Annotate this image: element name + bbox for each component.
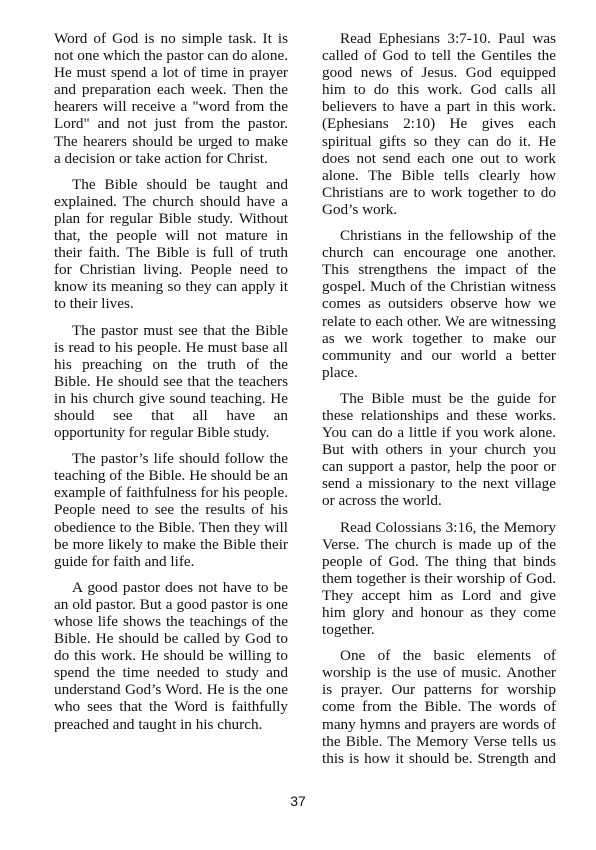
paragraph-colossians: Read Colossians 3:16, the Memory Verse. … [322, 519, 556, 639]
paragraph-bible-guide: The Bible must be the guide for these re… [322, 390, 556, 510]
paragraph-worship-elements: One of the basic elements of worship is … [322, 647, 556, 767]
right-column: Read Ephesians 3:7-10. Paul was called o… [322, 30, 556, 776]
paragraph-bible-read: The pastor must see that the Bible is re… [54, 322, 288, 442]
left-column: Word of God is no simple task. It is not… [54, 30, 288, 742]
paragraph-good-pastor: A good pastor does not have to be an old… [54, 579, 288, 733]
paragraph-ephesians: Read Ephesians 3:7-10. Paul was called o… [322, 30, 556, 218]
paragraph-fellowship: Christians in the fellowship of the chur… [322, 227, 556, 381]
paragraph-pastor-life: The pastor’s life should follow the teac… [54, 450, 288, 570]
paragraph-pastor-task: Word of God is no simple task. It is not… [54, 30, 288, 167]
page-number: 37 [0, 793, 596, 809]
paragraph-bible-taught: The Bible should be taught and explained… [54, 176, 288, 313]
document-page: Word of God is no simple task. It is not… [0, 0, 596, 850]
